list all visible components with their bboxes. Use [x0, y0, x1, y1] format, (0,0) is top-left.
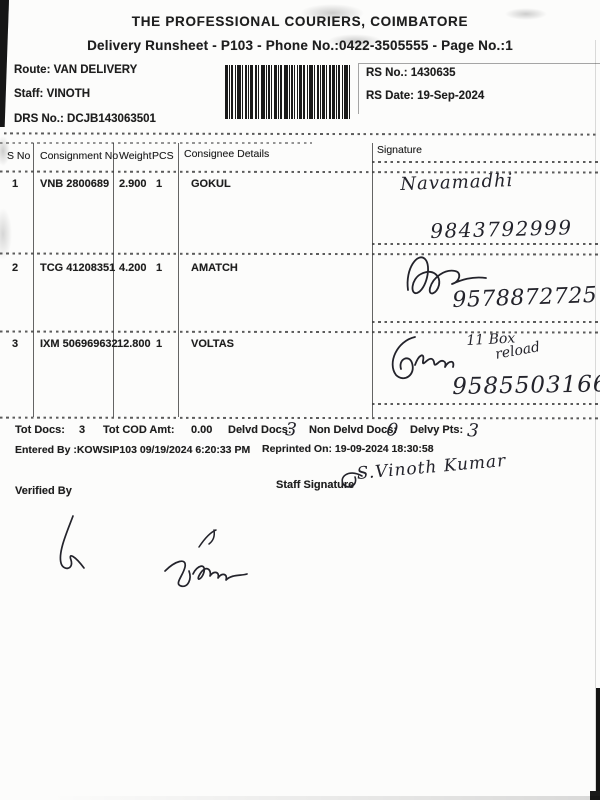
document-title: THE PROFESSIONAL COURIERS, COIMBATORE	[0, 14, 600, 29]
row1-receiver-phone: 9843792999	[430, 215, 573, 243]
verified-by-label: Verified By	[15, 485, 72, 497]
col-header-weight: Weight	[119, 150, 152, 162]
dashed-separator	[0, 252, 598, 255]
row1-receiver-signature: Navamadhi	[400, 170, 514, 195]
row2-consignment-no: TCG 41208351	[40, 262, 115, 274]
dashed-separator	[372, 321, 598, 323]
scan-edge-bottom-faint	[50, 796, 600, 800]
row1-weight: 2.900	[119, 178, 147, 190]
table-column-line	[33, 143, 34, 417]
row2-pcs: 1	[156, 262, 162, 274]
row3-receiver-phone: 9585503166	[452, 371, 600, 400]
rs-no-value: 1430635	[411, 67, 456, 79]
col-header-consignment-no: Consignment No	[40, 150, 118, 162]
drs-label: DRS No.:	[14, 113, 64, 125]
dashed-separator	[0, 142, 312, 144]
row2-receiver-phone: 9578872725	[452, 283, 598, 313]
rs-no-label: RS No.:	[366, 67, 408, 79]
row3-pcs: 1	[156, 338, 162, 350]
scanned-runsheet-page: THE PROFESSIONAL COURIERS, COIMBATORE De…	[0, 0, 600, 800]
row1-consignment-no: VNB 2800689	[40, 178, 109, 190]
delvd-docs-label: Delvd Docs:	[228, 424, 292, 436]
staff-signature-handwritten: S.Vinoth Kumar	[356, 451, 507, 484]
dashed-separator	[4, 132, 598, 135]
tot-cod-value: 0.00	[191, 424, 212, 436]
staff-value: VINOTH	[47, 88, 90, 100]
delvy-pts-label: Delvy Pts:	[410, 424, 463, 436]
dashed-separator	[372, 403, 598, 405]
dashed-separator	[372, 161, 598, 163]
verification-signature-scribble	[157, 545, 253, 598]
staff-row: Staff: VINOTH	[14, 88, 90, 100]
table-column-line	[178, 143, 179, 417]
col-header-s-no: S No	[7, 150, 30, 162]
col-header-consignee-details: Consignee Details	[184, 148, 269, 160]
rs-no-row: RS No.: 1430635	[366, 67, 456, 79]
rs-date-value: 19-Sep-2024	[417, 90, 484, 102]
drs-value: DCJB143063501	[67, 113, 156, 125]
delvd-docs-value-handwritten: 3	[285, 419, 298, 441]
tot-cod-label: Tot COD Amt:	[103, 424, 174, 436]
non-delvd-docs-label: Non Delvd Docs:	[309, 424, 397, 436]
route-row: Route: VAN DELIVERY	[14, 64, 137, 76]
scan-edge-right-faint	[595, 40, 596, 800]
row3-consignment-no: IXM 506969632	[40, 338, 118, 350]
tot-docs-value: 3	[79, 424, 85, 436]
document-subtitle: Delivery Runsheet - P103 - Phone No.:042…	[0, 38, 600, 53]
row3-weight: 12.800	[117, 338, 151, 350]
rs-date-row: RS Date: 19-Sep-2024	[366, 90, 484, 102]
row1-s-no: 1	[12, 178, 18, 190]
scan-edge-right-dark	[596, 688, 600, 800]
table-column-line	[113, 143, 114, 417]
verification-mark-left	[46, 512, 90, 583]
row1-pcs: 1	[156, 178, 162, 190]
drs-row: DRS No.: DCJB143063501	[14, 113, 156, 125]
row1-consignee: GOKUL	[191, 178, 231, 190]
row2-consignee: AMATCH	[191, 262, 238, 274]
row3-consignee: VOLTAS	[191, 338, 234, 350]
delvy-pts-value-handwritten: 3	[467, 420, 480, 442]
row3-s-no: 3	[12, 338, 18, 350]
col-header-pcs: PCS	[152, 150, 174, 162]
route-value: VAN DELIVERY	[54, 64, 138, 76]
barcode-icon	[224, 64, 356, 120]
rs-date-label: RS Date:	[366, 90, 414, 102]
row2-s-no: 2	[12, 262, 18, 274]
reprinted-on-text: Reprinted On: 19-09-2024 18:30:58	[262, 443, 434, 455]
col-header-signature: Signature	[377, 144, 422, 156]
route-label: Route:	[14, 64, 50, 76]
row2-weight: 4.200	[119, 262, 147, 274]
staff-label: Staff:	[14, 88, 43, 100]
entered-by-text: Entered By :KOWSIP103 09/19/2024 6:20:33…	[15, 444, 250, 456]
dashed-separator	[372, 243, 598, 245]
non-delvd-docs-value-handwritten: 0	[385, 419, 399, 441]
dashed-separator	[0, 417, 598, 420]
tot-docs-label: Tot Docs:	[15, 424, 65, 436]
table-column-line	[372, 143, 373, 417]
